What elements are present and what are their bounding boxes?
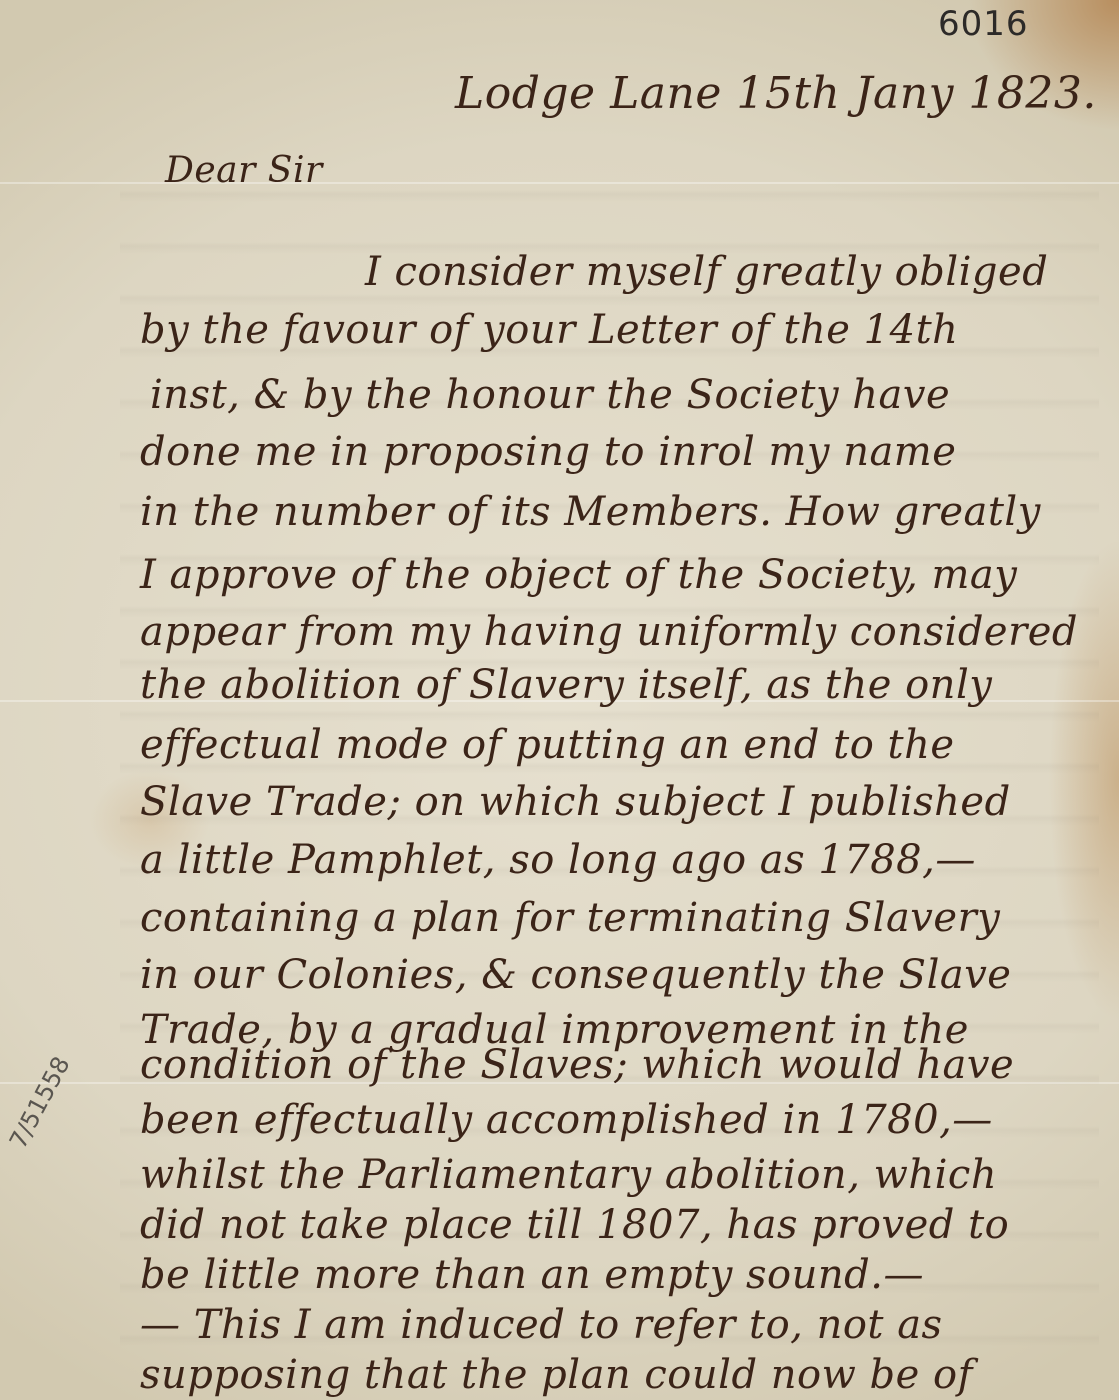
letter-line: supposing that the plan could now be of [140, 1355, 973, 1395]
letter-line: by the favour of your Letter of the 14th [140, 310, 958, 350]
letter-line: the abolition of Slavery itself, as the … [140, 665, 992, 705]
letter-line: a little Pamphlet, so long ago as 1788,— [140, 840, 976, 880]
letter-line: effectual mode of putting an end to the [140, 725, 955, 765]
letter-line: condition of the Slaves; which would hav… [140, 1045, 1014, 1085]
letter-line: — This I am induced to refer to, not as [140, 1305, 943, 1345]
side-reference-number: 7/51558 [4, 1052, 76, 1153]
letter-line: whilst the Parliamentary abolition, whic… [140, 1155, 997, 1195]
letter-line: Slave Trade; on which subject I publishe… [140, 782, 1011, 822]
archive-number: 6016 [938, 4, 1029, 44]
letter-line: in our Colonies, & consequently the Slav… [140, 955, 1011, 995]
letter-line: be little more than an empty sound.— [140, 1255, 924, 1295]
letter-line: I consider myself greatly obliged [365, 252, 1048, 292]
letter-line: been effectually accomplished in 1780,— [140, 1100, 993, 1140]
letter-page: 6016 7/51558 Lodge Lane 15th Jany 1823. … [0, 0, 1119, 1400]
letter-line: I approve of the object of the Society, … [140, 555, 1017, 595]
letter-line: did not take place till 1807, has proved… [140, 1205, 1009, 1245]
letter-line: appear from my having uniformly consider… [140, 612, 1078, 652]
salutation: Dear Sir [165, 150, 323, 191]
dateline: Lodge Lane 15th Jany 1823. [455, 68, 1097, 119]
letter-line: in the number of its Members. How greatl… [140, 492, 1041, 532]
letter-line: done me in proposing to inrol my name [140, 432, 956, 472]
letter-line: containing a plan for terminating Slaver… [140, 898, 1000, 938]
letter-line: inst, & by the honour the Society have [150, 375, 950, 415]
